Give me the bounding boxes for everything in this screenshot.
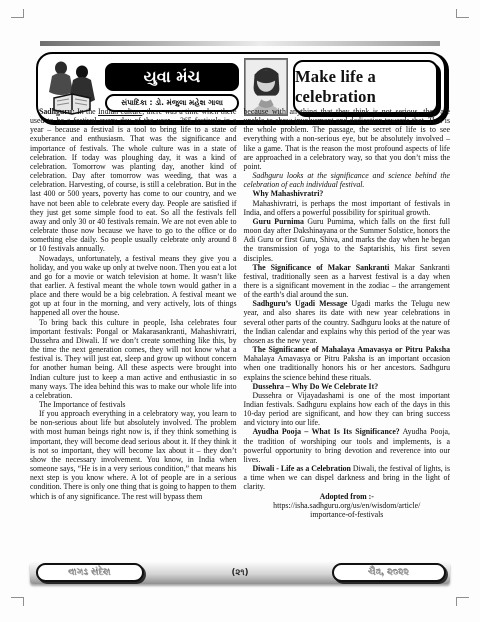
paragraph: The Importance of festivals [30,400,237,409]
paragraph: Sadhguru’s Ugadi Message Ugadi marks the… [244,299,451,345]
paragraph: https://isha.sadhguru.org/us/en/wisdom/a… [244,501,451,510]
crop-mark-top-left [11,9,24,18]
paragraph: Sadhguru: In the Indian culture, there w… [30,107,237,254]
article-body: Sadhguru: In the Indian culture, there w… [30,107,450,519]
footer-bar: (૨૧) વાગડ સંદેશ ચૈત્ર, ૨૦૨૨ [30,562,450,584]
crop-mark-top-right [456,9,469,18]
paragraph: To bring back this culture in people, Is… [30,318,237,400]
paragraph: Dussehra or Vijayadashami is one of the … [244,391,451,428]
masthead: યુવા મંચ સંપાદિકા : ડો. મંજુલા મહેશ ગાલા [105,63,239,112]
paragraph: Ayudha Pooja – What Is Its Significance?… [244,427,451,464]
crop-mark-bottom-left [11,597,24,606]
paragraph: The Significance of Mahalaya Amavasya or… [244,345,451,382]
top-gradient-rule [40,41,440,46]
article-column-right: because with anything that they think is… [244,107,451,519]
crop-mark-bottom-right [456,597,469,606]
article-title: Make life a celebration [295,67,436,107]
article-column-left: Sadhguru: In the Indian culture, there w… [30,107,237,519]
paragraph: Adopted from :- [244,492,451,501]
paragraph: Why Mahashivratri? [244,189,451,198]
paragraph: The Significance of Makar Sankranti Maka… [244,263,451,300]
paragraph: Sadhguru looks at the significance and s… [244,171,451,189]
paragraph: importance-of-festivals [244,510,451,519]
issue-date-badge: ચૈત્ર, ૨૦૨૨ [332,563,446,582]
paragraph: If you approach everything in a celebrat… [30,409,237,501]
paragraph: Nowadays, unfortunately, a festival mean… [30,254,237,318]
paragraph: because with anything that they think is… [244,107,451,171]
paragraph: Guru Purnima Guru Purnima, which falls o… [244,217,451,263]
paragraph: Mahashivratri, is perhaps the most impor… [244,199,451,217]
article-title-box: Make life a celebration [293,60,438,114]
scanned-magazine-page: { "colors": { "ink": "#111111", "paper":… [0,0,480,622]
masthead-title: યુવા મંચ [105,63,239,91]
paragraph: Diwali - Life as a Celebration Diwali, t… [244,464,451,491]
paragraph: Dussehra – Why Do We Celebrate It? [244,382,451,391]
magazine-name-badge: વાગડ સંદેશ [36,563,144,582]
